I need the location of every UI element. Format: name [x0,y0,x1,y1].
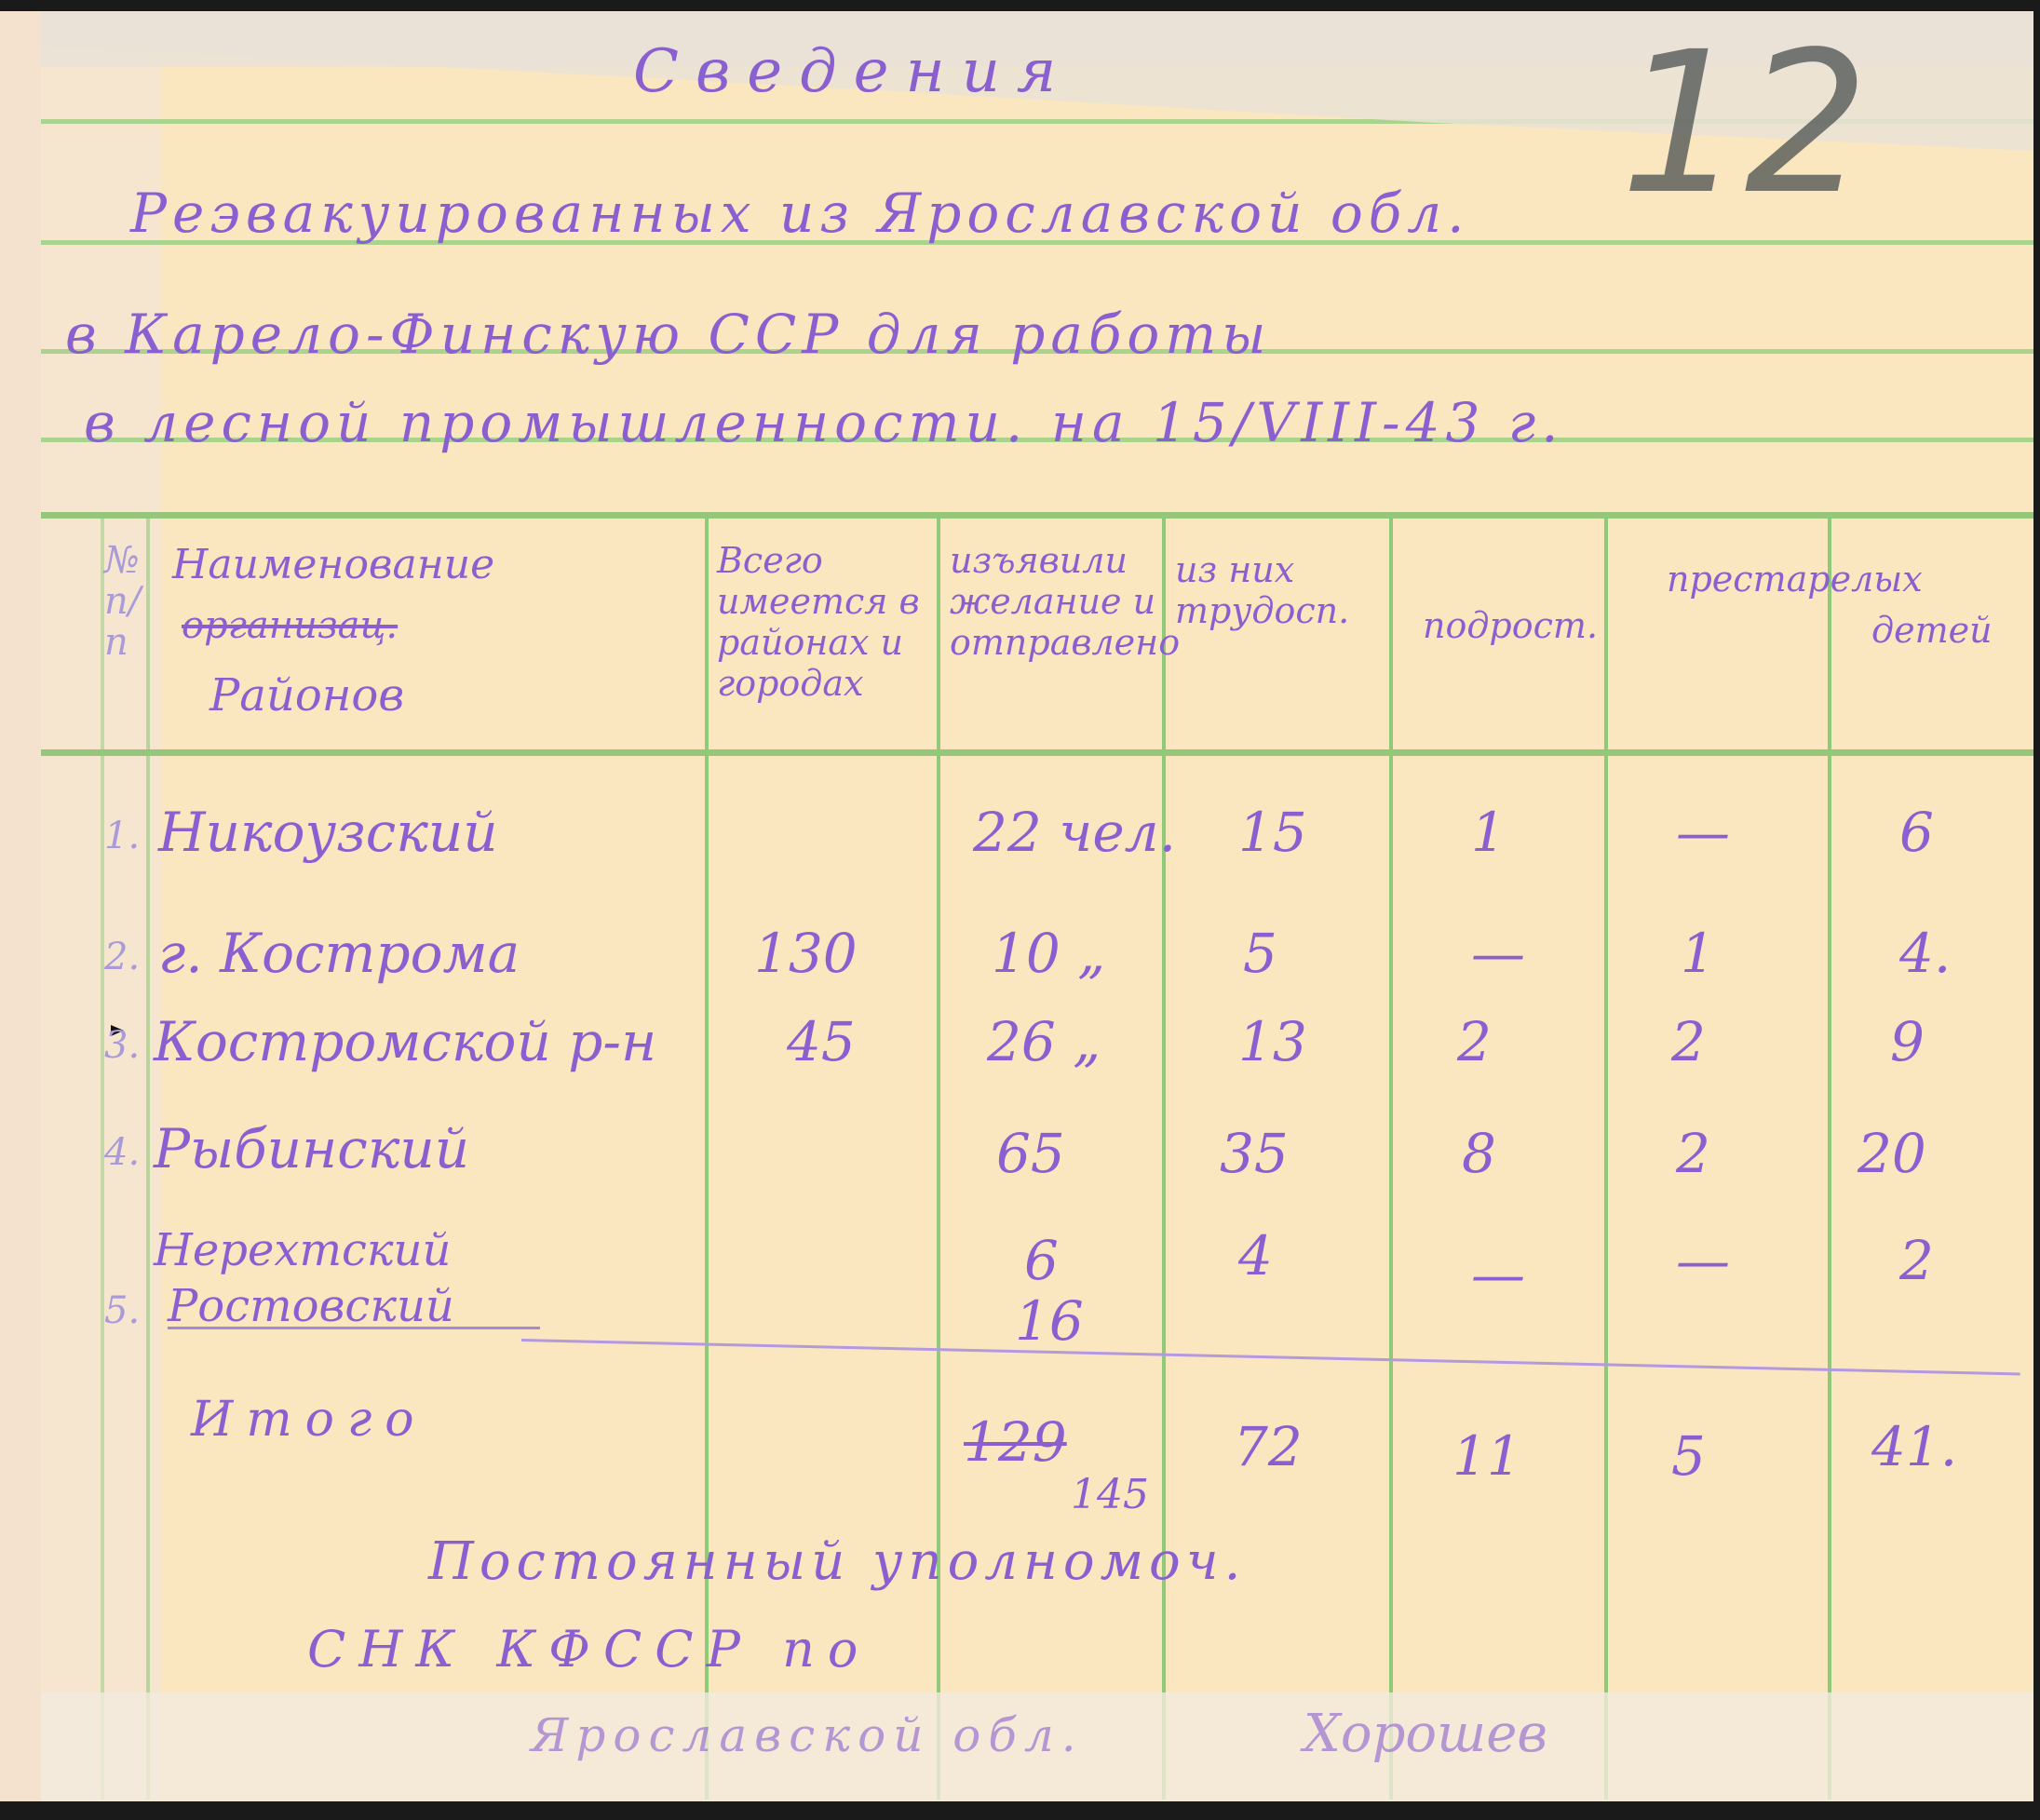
column-rule [1604,515,1608,1800]
row-underline [168,1327,540,1329]
cell-volunteered: 22 чел. [973,801,1176,864]
column-header-number: № п/п [104,540,142,663]
scan-margin-left [0,11,41,1801]
column-header-total: Всего имеется в районах и городах [717,540,926,704]
heading-line-1: Реэвакуированных из Ярославской обл. [130,182,1470,245]
cell-children: 20 [1858,1122,1926,1185]
column-header-name-struck: организац. [182,605,398,646]
column-rule [1389,515,1393,1800]
row-number: 4. [104,1131,140,1174]
totals-volunteered: 145 [1071,1471,1149,1518]
column-header-volunteered: изъявили желание и отправлено [950,540,1159,663]
cell-workers: 5 [1243,922,1277,985]
scan-border-right [2033,0,2040,1820]
totals-elderly: 5 [1671,1424,1706,1488]
row-number: 2. [104,936,140,978]
cell-volunteered: 26 „ [987,1010,1101,1073]
cell-children: 2 [1899,1229,1934,1292]
totals-children: 41. [1871,1415,1957,1478]
heading-line-2: в Карело-Финскую ССР для работы [65,303,1272,366]
district-name: Рыбинский [154,1117,469,1180]
column-rule [705,515,709,1800]
totals-volunteered-struck: 129 [964,1410,1067,1474]
signature-line-3: Ярославской обл. [531,1708,1084,1762]
district-name: Никоузский [158,801,498,864]
signature: Хорошев [1304,1704,1547,1764]
cell-workers: 15 [1238,801,1307,864]
totals-workers: 72 [1234,1415,1303,1478]
cell-elderly: 2 [1671,1010,1706,1073]
row-number: 5. [104,1289,140,1332]
pencil-page-number: 12 [1620,9,1869,237]
cell-elderly: — [1676,801,1730,864]
cell-children: 4. [1899,922,1951,985]
cell-workers: 13 [1238,1010,1307,1073]
document-title: Сведения [633,37,1073,106]
totals-label: Итого [191,1392,427,1448]
cell-children: 6 [1899,801,1934,864]
heading-line-3: в лесной промышленности. на 15/VIII-43 г… [84,391,1564,454]
cell-elderly: 2 [1676,1122,1710,1185]
table-top-rule [41,512,2033,519]
cell-elderly: 1 [1681,922,1715,985]
district-name: Ростовский [168,1280,454,1332]
column-rule [146,515,150,1800]
cell-teens: — [1471,922,1525,985]
district-name: Костромской р-н [154,1010,656,1073]
column-header-children: детей [1871,610,1993,651]
cell-teens: 1 [1471,801,1506,864]
cell-volunteered: 16 [1015,1289,1084,1353]
column-header-name: Наименование [172,545,494,586]
cell-teens: — [1471,1243,1525,1306]
cell-total: 130 [754,922,858,985]
signature-line-2: СНК КФССР по [307,1620,871,1678]
signature-line-1: Постоянный уполномоч. [428,1531,1246,1592]
cell-elderly: — [1676,1229,1730,1292]
cell-total: 45 [787,1010,856,1073]
column-rule [1162,515,1166,1800]
cell-workers: 35 [1220,1122,1289,1185]
cell-volunteered: 65 [996,1122,1065,1185]
cell-teens: 8 [1462,1122,1496,1185]
column-rule [937,515,940,1800]
row-number: 3. [104,1024,140,1067]
cell-volunteered: 6 [1024,1229,1059,1292]
cell-teens: 2 [1457,1010,1492,1073]
district-name: Нерехтский [154,1224,451,1276]
scan-border-bottom [0,1801,2040,1820]
totals-teens: 11 [1452,1424,1521,1488]
cell-workers: 4 [1238,1224,1273,1287]
column-header-workers: из них трудосп. [1175,549,1385,631]
table-header-rule [41,749,2033,756]
cell-volunteered: 10 „ [992,922,1105,985]
column-rule [1828,515,1831,1800]
column-header-teens: подрост. [1423,605,1598,646]
district-name: г. Кострома [158,922,520,985]
column-header-elderly: престарелых [1667,559,1825,600]
row-number: 1. [104,815,140,857]
cell-children: 9 [1890,1010,1925,1073]
column-header-name-line3: Районов [209,675,404,716]
